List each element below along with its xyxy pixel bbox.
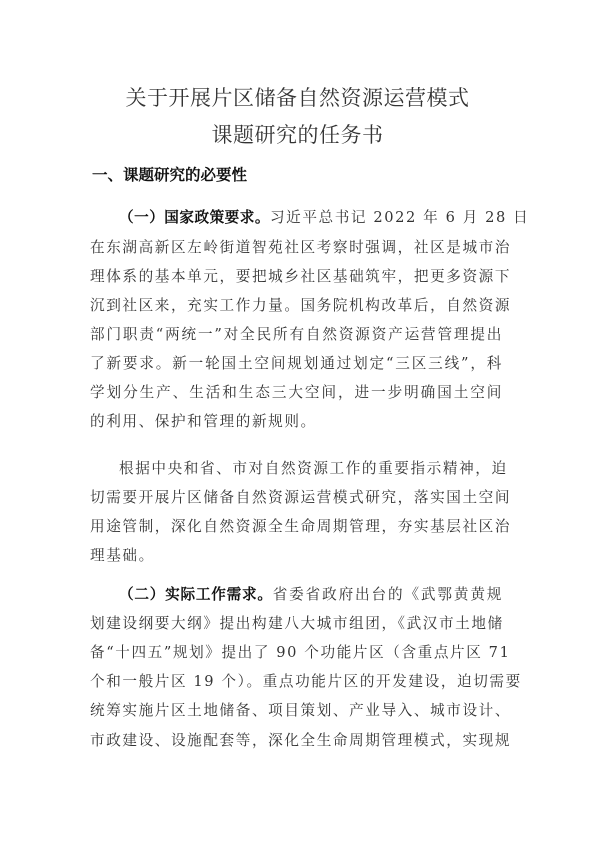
paragraph-line: 的利用、保护和管理的新规则。 — [90, 410, 503, 431]
paragraph-line: 理体系的基本单元，要把城乡社区基础筑牢，把更多资源下 — [90, 265, 503, 286]
paragraph-line: 根据中央和省、市对自然资源工作的重要指示精神，迫 — [119, 457, 503, 478]
subsection-lead-1: （一）国家政策要求。 — [119, 209, 270, 226]
paragraph-line: 部门职责“两统一”对全民所有自然资源资产运营管理提出 — [90, 323, 503, 344]
document-title-line-2: 课题研究的任务书 — [0, 119, 595, 149]
paragraph-line: 备“十四五”规划》提出了 90 个功能片区（含重点片区 71 — [90, 641, 503, 662]
paragraph-line: 个和一般片区 19 个）。重点功能片区的开发建设，迫切需要 — [90, 670, 503, 691]
paragraph-line: 了新要求。新一轮国土空间规划通过划定“三区三线”，科 — [90, 352, 503, 373]
paragraph-line: 沉到社区来，充实工作力量。国务院机构改革后，自然资源 — [90, 294, 503, 315]
paragraph-line: 划建设纲要大纲》提出构建八大城市组团，《武汉市土地储 — [90, 612, 503, 633]
paragraph-line: 在东湖高新区左岭街道智苑社区考察时强调，社区是城市治 — [90, 236, 503, 257]
paragraph-line: 市政建设、设施配套等，深化全生命周期管理模式，实现规 — [90, 729, 503, 750]
paragraph-line: 统筹实施片区土地储备、项目策划、产业导入、城市设计、 — [90, 699, 503, 720]
paragraph-line: 用途管制，深化自然资源全生命周期管理，夯实基层社区治 — [90, 515, 503, 536]
subsection-lead-2: （二）实际工作需求。 — [119, 586, 273, 603]
document-title-line-1: 关于开展片区储备自然资源运营模式 — [0, 82, 595, 112]
paragraph-line: 切需要开展片区储备自然资源运营模式研究，落实国土空间 — [90, 486, 503, 507]
paragraph-line: 学划分生产、生活和生态三大空间，进一步明确国土空间 — [90, 381, 503, 402]
paragraph-line: 理基础。 — [90, 544, 503, 565]
section-heading-1: 一、课题研究的必要性 — [92, 163, 247, 185]
paragraph-line: （二）实际工作需求。省委省政府出台的《武鄂黄黄规 — [119, 583, 503, 604]
paragraph-line: （一）国家政策要求。习近平总书记 2022 年 6 月 28 日 — [119, 206, 503, 227]
